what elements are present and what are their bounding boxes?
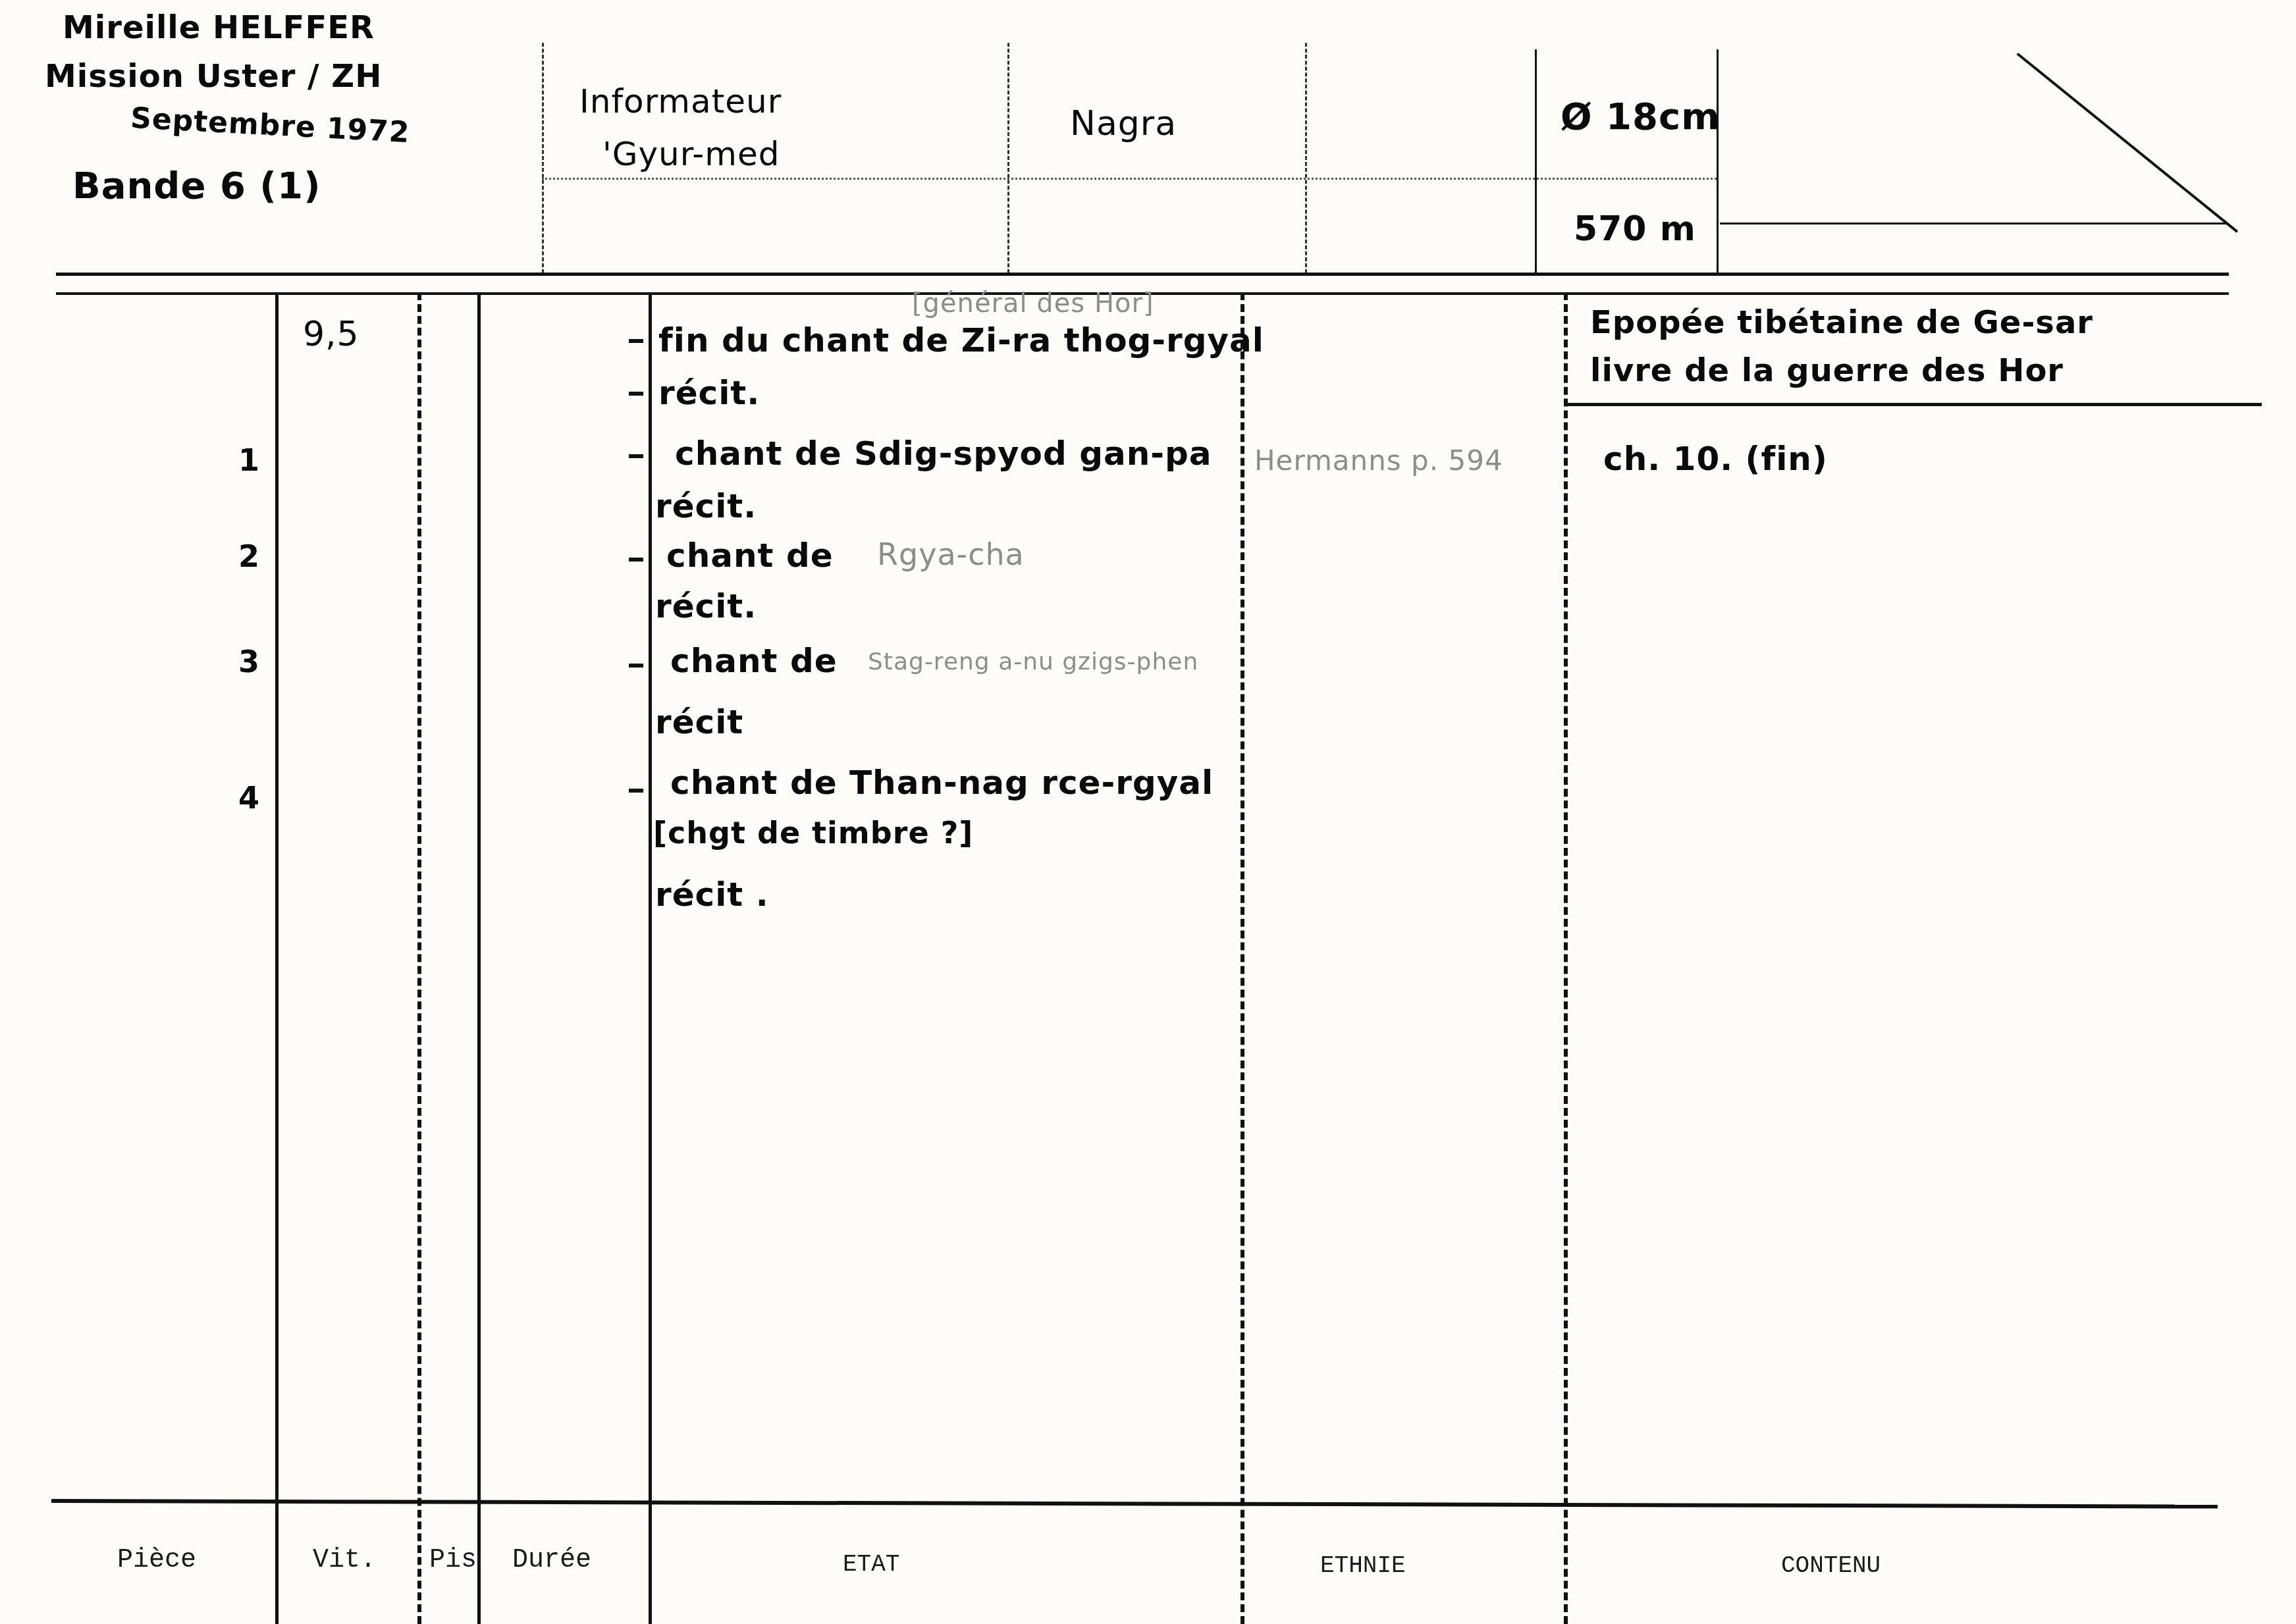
entry-marker	[629, 454, 643, 458]
entry-marker	[629, 789, 643, 793]
author-name: Mireille HELFFER	[63, 9, 375, 46]
etat-entry: récit.	[658, 374, 760, 412]
etat-entry: chant de Sdig-spyod gan-pa	[675, 434, 1212, 473]
header-row-divider	[542, 178, 1717, 180]
speed-value: 9,5	[303, 315, 360, 354]
contenu-title: Epopée tibétaine de Ge-sar	[1590, 304, 2093, 341]
column-divider-vit	[417, 292, 421, 1624]
footer-label-etat: ETAT	[843, 1551, 899, 1578]
header-divider	[1007, 43, 1009, 273]
recorder-model: Nagra	[1070, 104, 1177, 144]
diagonal-stroke	[2016, 53, 2238, 233]
tape-number: Bande 6 (1)	[72, 165, 321, 207]
etat-entry: chant de	[666, 537, 834, 575]
footer-label-piece: Pièce	[117, 1546, 196, 1575]
recording-date: Septembre 1972	[130, 101, 411, 149]
ethnie-reference: Hermanns p. 594	[1254, 444, 1503, 477]
column-divider-duree	[649, 292, 652, 1624]
column-divider-piece	[275, 292, 279, 1624]
entry-marker	[629, 664, 643, 668]
column-divider-etat	[1241, 292, 1244, 1624]
etat-entry: récit .	[655, 876, 769, 914]
etat-entry: fin du chant de Zi-ra thog-rgyal	[658, 321, 1264, 359]
pencil-annotation: [général des Hor]	[912, 288, 1154, 319]
etat-entry: [chgt de timbre ?]	[653, 815, 973, 851]
header-bottom-rule	[56, 273, 2229, 276]
footer-label-ethnie: ETHNIE	[1320, 1552, 1406, 1579]
informant-name: 'Gyur-med	[602, 135, 780, 173]
etat-entry: récit	[655, 703, 743, 741]
piece-number: 3	[238, 644, 260, 679]
header-divider	[1305, 43, 1307, 273]
footer-rule	[51, 1499, 2218, 1509]
entry-marker	[629, 339, 643, 343]
entry-marker	[629, 558, 643, 562]
footer-label-duree: Durée	[512, 1546, 591, 1575]
reel-diameter: Ø 18cm	[1561, 95, 1721, 138]
pencil-name: Stag-reng a-nu gzigs-phen	[868, 648, 1198, 675]
contenu-chapter: ch. 10. (fin)	[1603, 440, 1828, 478]
pencil-name: Rgya-cha	[877, 537, 1025, 572]
header-divider	[542, 43, 544, 273]
piece-number: 1	[238, 442, 260, 478]
contenu-underline	[1564, 403, 2262, 406]
header-divider	[1535, 49, 1537, 273]
mission-label: Mission Uster / ZH	[45, 58, 382, 95]
contenu-subtitle: livre de la guerre des Hor	[1590, 352, 2064, 389]
column-divider-ethnie	[1564, 292, 1568, 1624]
column-divider-pis	[477, 292, 481, 1624]
entry-marker	[629, 392, 643, 396]
tape-length: 570 m	[1574, 209, 1696, 249]
informant-label: Informateur	[579, 82, 782, 120]
etat-entry: chant de	[670, 642, 838, 680]
footer-label-vit: Vit.	[313, 1546, 376, 1575]
footer-label-pis: Pis	[429, 1546, 477, 1575]
footer-label-contenu: CONTENU	[1781, 1552, 1881, 1579]
header-row-divider	[1720, 223, 2227, 224]
etat-entry: récit.	[655, 587, 757, 625]
piece-number: 2	[238, 538, 260, 574]
etat-entry: chant de Than-nag rce-rgyal	[670, 764, 1214, 802]
header-divider	[1717, 49, 1719, 273]
piece-number: 4	[238, 780, 260, 816]
etat-entry: récit.	[655, 487, 757, 525]
